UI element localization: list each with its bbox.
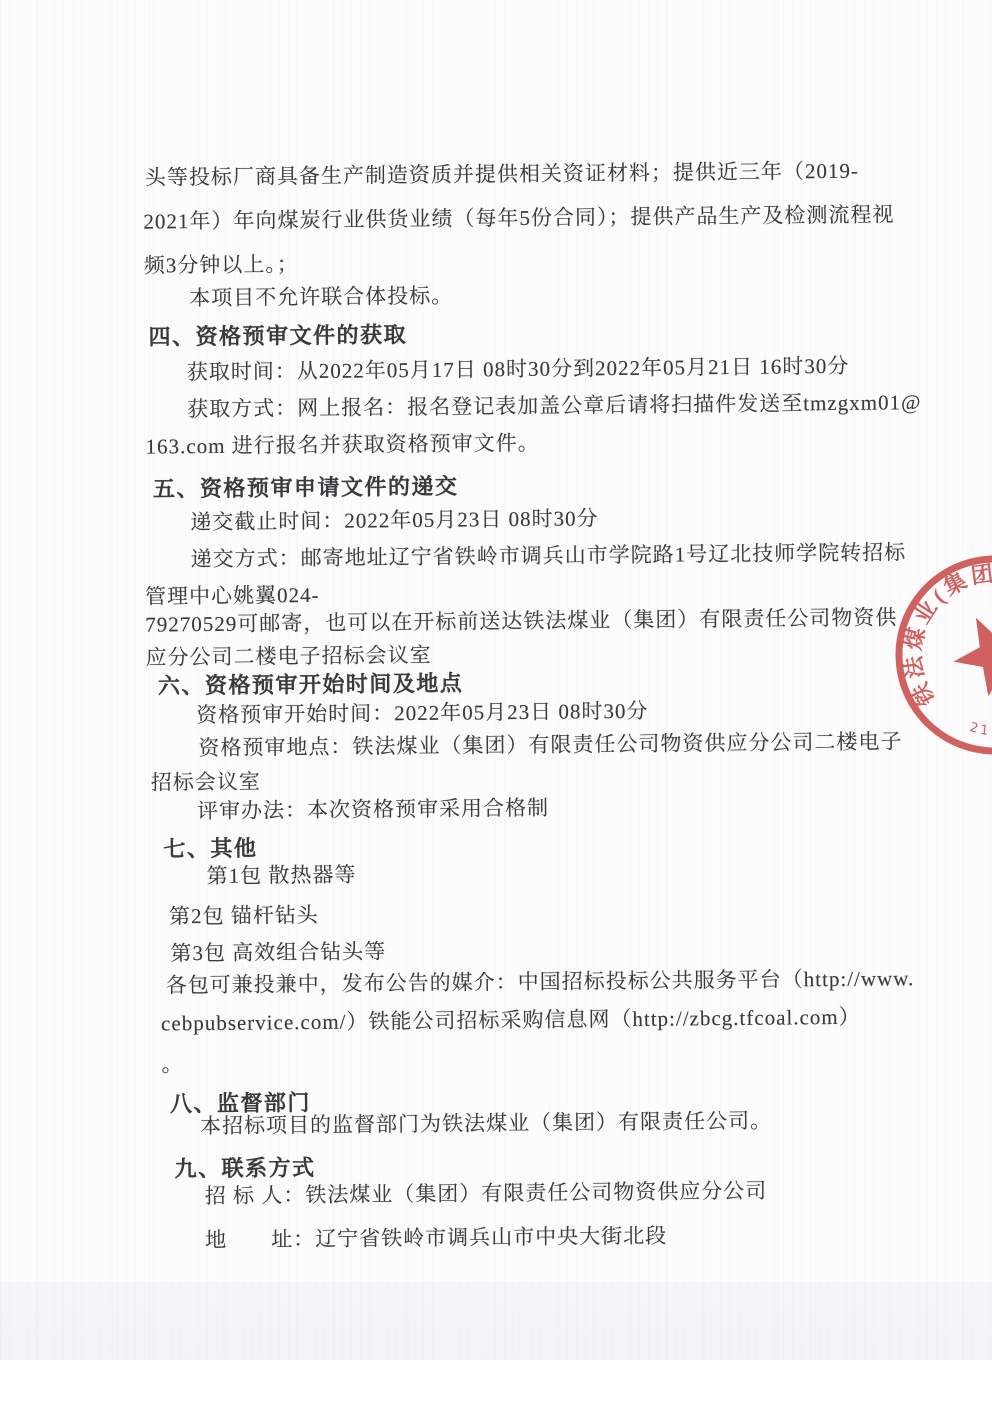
doc-line: 2021年）年向煤炭行业供货业绩（每年5份合同）；提供产品生产及检测流程视 [143, 198, 894, 235]
doc-line: 资格预审开始时间：2022年05月23日 08时30分 [196, 695, 649, 729]
doc-line: 招 标 人：铁法煤业（集团）有限责任公司物资供应分公司 [205, 1175, 768, 1210]
doc-line: 。 [161, 1048, 183, 1078]
doc-line: 第2包 锚杆钻头 [169, 899, 319, 930]
doc-line: 地 址：辽宁省铁岭市调兵山市中央大街北段 [205, 1220, 667, 1254]
seal-arc-text: 铁法煤业(集团)有限责任公司 [860, 540, 992, 723]
seal-star [947, 610, 992, 701]
doc-line: 递交截止时间：2022年05月23日 08时30分 [190, 502, 599, 536]
doc-line: 资格预审地点：铁法煤业（集团）有限责任公司物资供应分公司二楼电子 [198, 725, 902, 762]
company-seal-stamp: 铁法煤业(集团)有限责任公司 2112 [860, 540, 992, 820]
doc-line: 头等投标厂商具备生产制造资质并提供相关资证材料；提供近三年（2019- [145, 155, 859, 192]
section-heading: 七、其他 [163, 832, 257, 864]
doc-line: 本项目不允许联合体投标。 [189, 280, 453, 313]
section-heading: 六、资格预审开始时间及地点 [158, 667, 464, 701]
doc-line: 递交方式：邮寄地址辽宁省铁岭市调兵山市学院路1号辽北技师学院转招标 [191, 536, 907, 573]
doc-line: 获取时间：从2022年05月17日 08时30分到2022年05月21日 16时… [187, 350, 850, 386]
doc-line: 获取方式：网上报名：报名登记表加盖公章后请将扫描件发送至tmzgxm01@ [187, 386, 921, 423]
doc-line: 第1包 散热器等 [207, 859, 357, 890]
doc-line: 第3包 高效组合钻头等 [170, 935, 386, 967]
seal-serial: 2112 [966, 714, 992, 744]
doc-line: 招标会议室 [151, 766, 261, 797]
doc-line: cebpubservice.com/）铁能公司招标采购信息网（http://zb… [161, 1001, 861, 1038]
doc-line: 79270529可邮寄，也可以在开标前送达铁法煤业（集团）有限责任公司物资供 [145, 601, 897, 638]
section-heading: 五、资格预审申请文件的递交 [153, 470, 459, 504]
section-heading: 四、资格预审文件的获取 [148, 318, 407, 351]
doc-line: 各包可兼投兼中，发布公告的媒介：中国招标投标公共服务平台（http://www. [166, 962, 915, 999]
document-text-layer: 头等投标厂商具备生产制造资质并提供相关资证材料；提供近三年（2019- 2021… [0, 0, 992, 1403]
doc-line: 频3分钟以上。； [144, 248, 299, 279]
document-page: 头等投标厂商具备生产制造资质并提供相关资证材料；提供近三年（2019- 2021… [0, 0, 992, 1403]
doc-line: 本招标项目的监督部门为铁法煤业（集团）有限责任公司。 [200, 1105, 772, 1140]
doc-line: 163.com 进行报名并获取资格预审文件。 [145, 427, 539, 461]
doc-line: 管理中心姚翼024- [145, 579, 320, 611]
doc-line: 评审办法：本次资格预审采用合格制 [197, 792, 549, 825]
